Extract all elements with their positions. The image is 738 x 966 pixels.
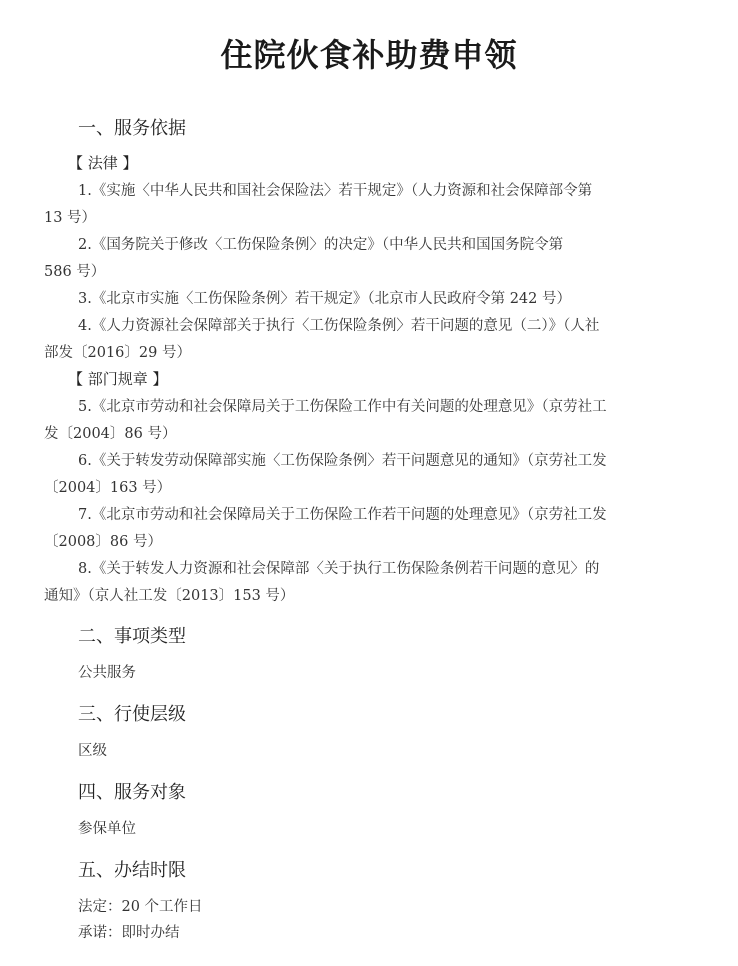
rule-item-6: 6.《关于转发劳动保障部实施〈工伤保险条例〉若干问题意见的通知》（京劳社工发 [78, 449, 688, 470]
rule-item-8-cont: 通知》（京人社工发〔2013〕153 号） [44, 584, 294, 605]
law-item-4-cont: 部发〔2016〕29 号） [44, 341, 191, 362]
law-item-1-cont: 13 号） [44, 206, 96, 227]
rule-item-6-cont: 〔2004〕163 号） [44, 476, 171, 497]
section-heading-type: 二、事项类型 [78, 622, 186, 648]
law-item-2: 2.《国务院关于修改〈工伤保险条例〉的决定》（中华人民共和国国务院令第 [78, 233, 688, 254]
section-heading-level: 三、行使层级 [78, 700, 186, 726]
rule-item-5: 5.《北京市劳动和社会保障局关于工伤保险工作中有关问题的处理意见》（京劳社工 [78, 395, 688, 416]
deadline-statutory: 法定：20 个工作日 [78, 895, 203, 916]
page-title: 住院伙食补助费申领 [0, 30, 738, 76]
section-heading-target: 四、服务对象 [78, 778, 186, 804]
law-label: 【 法律 】 [68, 152, 138, 173]
rule-item-5-cont: 发〔2004〕86 号） [44, 422, 176, 443]
type-value: 公共服务 [78, 661, 136, 682]
section-heading-deadline: 五、办结时限 [78, 856, 186, 882]
rules-label: 【 部门规章 】 [68, 368, 168, 389]
law-item-3: 3.《北京市实施〈工伤保险条例〉若干规定》（北京市人民政府令第 242 号） [78, 287, 688, 308]
rule-item-7: 7.《北京市劳动和社会保障局关于工伤保险工作若干问题的处理意见》（京劳社工发 [78, 503, 688, 524]
law-item-2-cont: 586 号） [44, 260, 105, 281]
law-item-1: 1.《实施〈中华人民共和国社会保险法〉若干规定》（人力资源和社会保障部令第 [78, 179, 688, 200]
rule-item-8: 8.《关于转发人力资源和社会保障部〈关于执行工伤保险条例若干问题的意见〉的 [78, 557, 688, 578]
law-item-4: 4.《人力资源社会保障部关于执行〈工伤保险条例〉若干问题的意见（二）》（人社 [78, 314, 688, 335]
target-value: 参保单位 [78, 817, 136, 838]
section-heading-basis: 一、服务依据 [78, 114, 186, 140]
level-value: 区级 [78, 739, 107, 760]
deadline-promised: 承诺：即时办结 [78, 921, 180, 942]
rule-item-7-cont: 〔2008〕86 号） [44, 530, 162, 551]
